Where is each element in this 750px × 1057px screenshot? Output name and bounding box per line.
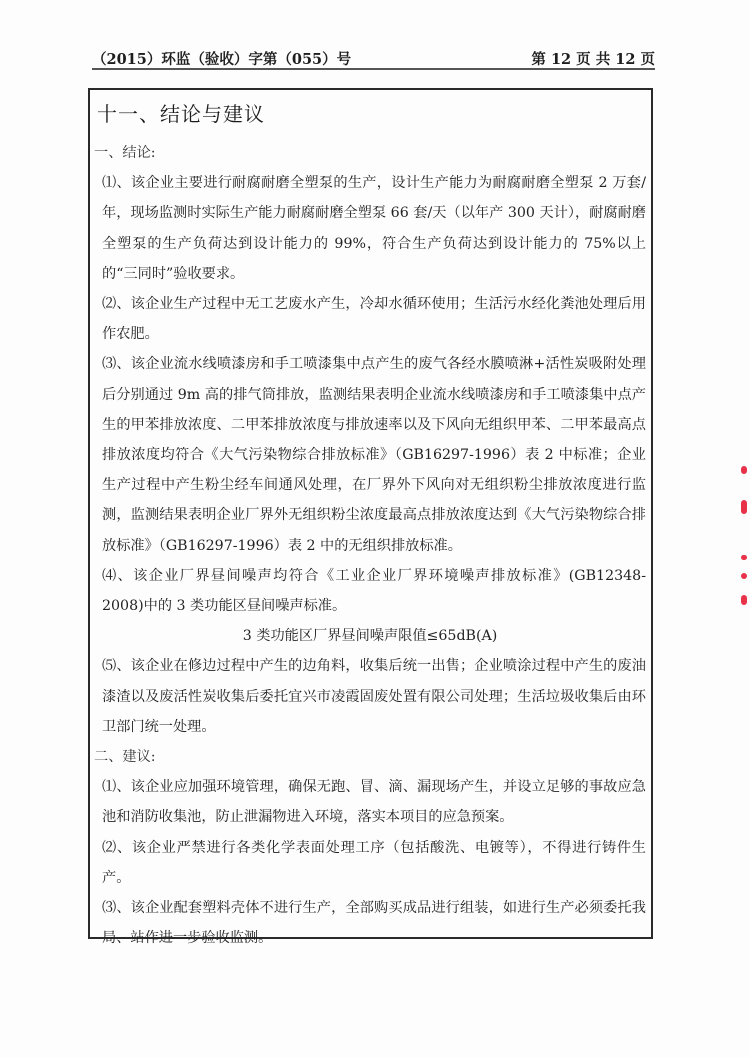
suggestion-1: ⑴、该企业应加强环境管理，确保无跑、冒、滴、漏现场产生，并设立足够的事故应急池和…: [94, 772, 646, 832]
seal-stamp-mark: [741, 595, 747, 605]
conclusion-1: ⑴、该企业主要进行耐腐耐磨全塑泵的生产，设计生产能力为耐腐耐磨全塑泵 2 万套/…: [94, 168, 646, 289]
section-title: 十一、结论与建议: [97, 98, 265, 127]
conclusion-2: ⑵、该企业生产过程中无工艺废水产生，冷却水循环使用；生活污水经化粪池处理后用作农…: [94, 289, 646, 349]
conclusions-heading: 一、结论:: [94, 138, 646, 168]
document-number: （2015）环监（验收）字第（055）号: [92, 48, 351, 69]
seal-stamp-mark: [741, 466, 747, 474]
conclusion-3: ⑶、该企业流水线喷漆房和手工喷漆集中点产生的废气各经水膜喷淋+活性炭吸附处理后分…: [94, 349, 646, 560]
seal-stamp-mark: [741, 555, 747, 560]
conclusion-4: ⑷、该企业厂界昼间噪声均符合《工业企业厂界环境噪声排放标准》(GB12348-2…: [94, 561, 646, 621]
noise-limit: 3 类功能区厂界昼间噪声限值≤65dB(A): [94, 621, 646, 651]
section-content: 一、结论: ⑴、该企业主要进行耐腐耐磨全塑泵的生产，设计生产能力为耐腐耐磨全塑泵…: [94, 138, 646, 953]
conclusion-box: 十一、结论与建议 一、结论: ⑴、该企业主要进行耐腐耐磨全塑泵的生产，设计生产能…: [88, 88, 653, 939]
suggestion-3: ⑶、该企业配套塑料壳体不进行生产，全部购买成品进行组装，如进行生产必须委托我局、…: [94, 893, 646, 953]
seal-stamp-mark: [741, 500, 747, 514]
page-number: 第 12 页 共 12 页: [531, 48, 655, 69]
page-header: （2015）环监（验收）字第（055）号 第 12 页 共 12 页: [92, 46, 655, 70]
suggestions-heading: 二、建议:: [94, 742, 646, 772]
suggestion-2: ⑵、该企业严禁进行各类化学表面处理工序（包括酸洗、电镀等），不得进行铸件生产。: [94, 833, 646, 893]
conclusion-5: ⑸、该企业在修边过程中产生的边角料，收集后统一出售；企业喷涂过程中产生的废油漆渣…: [94, 651, 646, 742]
seal-stamp-mark: [741, 573, 747, 579]
